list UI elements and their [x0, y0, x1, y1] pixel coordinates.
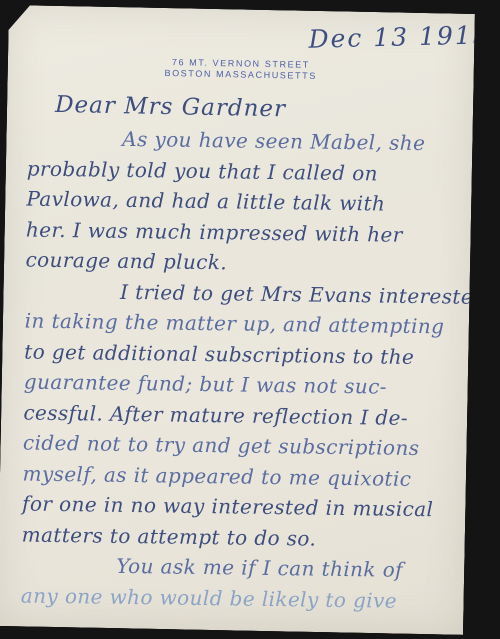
scan-background: Dec 13 1915 76 MT. VERNON STREET BOSTON …	[0, 0, 500, 639]
salutation: Dear Mrs Gardner	[55, 92, 286, 122]
letterhead: 76 MT. VERNON STREET BOSTON MASSACHUSETT…	[8, 54, 474, 85]
letter-paper: Dec 13 1915 76 MT. VERNON STREET BOSTON …	[0, 5, 475, 635]
letter-line: any one who would be likely to give	[21, 580, 461, 617]
letter-date: Dec 13 1915	[308, 20, 491, 53]
letter-line: matters to attempt to do so.	[22, 519, 462, 556]
letter-line: courage and pluck.	[25, 245, 465, 282]
letter-body: As you have seen Mabel, sheprobably told…	[21, 123, 468, 617]
